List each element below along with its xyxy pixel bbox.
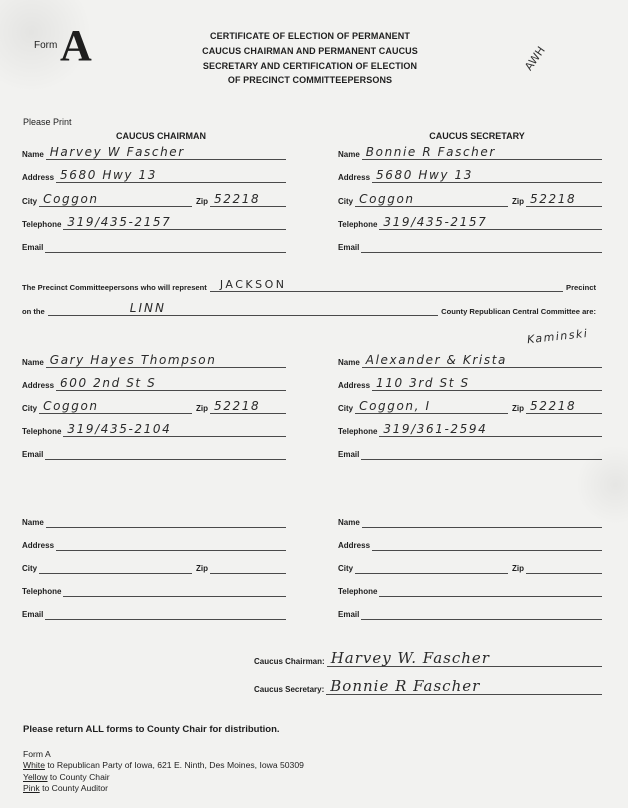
name-label: Name (338, 518, 360, 528)
telephone-label: Telephone (338, 220, 377, 230)
zip-label: Zip (512, 564, 524, 574)
chairman-zip-field[interactable]: Zip 52218 (196, 193, 286, 207)
committeeperson-4-city-zip-row: City Zip (338, 560, 602, 574)
zip-label: Zip (196, 197, 208, 207)
telephone-line: 319/435-2157 (63, 216, 286, 230)
committeeperson-4-city-field[interactable]: City (338, 560, 508, 574)
chairman-heading: CAUCUS CHAIRMAN (61, 131, 261, 141)
chairman-telephone-field[interactable]: Telephone 319/435-2157 (22, 216, 286, 230)
committeeperson-4-email-field[interactable]: Email (338, 606, 602, 620)
committeeperson-1-address-value: 600 2nd St S (60, 376, 156, 390)
document-title: CERTIFICATE OF ELECTION OF PERMANENT CAU… (180, 29, 440, 88)
committeeperson-3-telephone-field[interactable]: Telephone (22, 583, 286, 597)
address-line: 5680 Hwy 13 (372, 169, 602, 183)
committeeperson-2-name-note: Kaminski (526, 327, 588, 346)
committeeperson-1-zip-field[interactable]: Zip 52218 (196, 400, 286, 414)
precinct-suffix: Precinct (566, 283, 596, 292)
address-line: 110 3rd St S (372, 377, 602, 391)
secretary-address-value: 5680 Hwy 13 (376, 168, 473, 182)
committeeperson-2-name-value: Alexander & Krista (366, 353, 507, 367)
zip-label: Zip (512, 197, 524, 207)
committeeperson-4-name-field[interactable]: Name (338, 514, 602, 528)
secretary-email-field[interactable]: Email (338, 239, 602, 253)
email-line (361, 606, 602, 620)
copy-destination: to County Chair (48, 772, 110, 782)
zip-label: Zip (512, 404, 524, 414)
secretary-signature: Bonnie R Fascher (330, 677, 480, 695)
chairman-email-field[interactable]: Email (22, 239, 286, 253)
secretary-zip-value: 52218 (530, 192, 576, 206)
name-line (362, 514, 602, 528)
committeeperson-2-address-field[interactable]: Address 110 3rd St S (338, 377, 602, 391)
email-line (45, 606, 286, 620)
county-statement-line: on the LINN County Republican Central Co… (22, 302, 596, 316)
city-label: City (338, 197, 353, 207)
form-label: Form (34, 40, 57, 51)
city-line: Coggon (39, 400, 192, 414)
secretary-city-zip-row: City Coggon Zip 52218 (338, 193, 602, 207)
committeeperson-2-email-field[interactable]: Email (338, 446, 602, 460)
telephone-line: 319/361-2594 (379, 423, 602, 437)
telephone-line (63, 583, 286, 597)
email-line (361, 446, 602, 460)
zip-label: Zip (196, 564, 208, 574)
title-line: CAUCUS CHAIRMAN AND PERMANENT CAUCUS (180, 44, 440, 59)
committeeperson-2-zip-value: 52218 (530, 399, 576, 413)
copy-color: Pink (23, 783, 40, 793)
zip-line: 52218 (210, 400, 286, 414)
chairman-name-field[interactable]: Name Harvey W Fascher (22, 146, 286, 160)
committeeperson-4-address-field[interactable]: Address (338, 537, 602, 551)
city-line: Coggon (355, 193, 508, 207)
email-label: Email (22, 450, 43, 460)
form-reference: Form A (23, 749, 304, 760)
city-label: City (338, 564, 353, 574)
zip-line: 52218 (210, 193, 286, 207)
city-line: Coggon, I (355, 400, 508, 414)
name-label: Name (338, 150, 360, 160)
secretary-zip-field[interactable]: Zip 52218 (512, 193, 602, 207)
handwritten-initials: AWH (522, 44, 548, 73)
committeeperson-2-telephone-field[interactable]: Telephone 319/361-2594 (338, 423, 602, 437)
form-letter: A (60, 24, 92, 68)
city-line: Coggon (39, 193, 192, 207)
address-line: 5680 Hwy 13 (56, 169, 286, 183)
precinct-field[interactable]: JACKSON (210, 278, 563, 292)
title-line: CERTIFICATE OF ELECTION OF PERMANENT (180, 29, 440, 44)
email-label: Email (22, 610, 43, 620)
committeeperson-3-city-zip-row: City Zip (22, 560, 286, 574)
title-line: OF PRECINCT COMMITTEEPERSONS (180, 73, 440, 88)
copy-color: Yellow (23, 772, 48, 782)
committeeperson-1-telephone-field[interactable]: Telephone 319/435-2104 (22, 423, 286, 437)
chairman-address-value: 5680 Hwy 13 (60, 168, 157, 182)
city-line (355, 560, 508, 574)
committeeperson-3-name-field[interactable]: Name (22, 514, 286, 528)
title-line: SECRETARY AND CERTIFICATION OF ELECTION (180, 59, 440, 74)
address-label: Address (22, 381, 54, 391)
email-line (45, 446, 286, 460)
committeeperson-1-zip-value: 52218 (214, 399, 260, 413)
distribution-line-yellow: Yellow to County Chair (23, 772, 304, 783)
zip-line (526, 560, 602, 574)
chairman-city-value: Coggon (43, 192, 99, 206)
committeeperson-2-telephone-value: 319/361-2594 (383, 422, 487, 436)
committeeperson-1-telephone-value: 319/435-2104 (67, 422, 171, 436)
committeeperson-3-zip-field[interactable]: Zip (196, 560, 286, 574)
committeeperson-3-email-field[interactable]: Email (22, 606, 286, 620)
telephone-label: Telephone (338, 427, 377, 437)
committeeperson-2-city-value: Coggon, I (359, 399, 430, 413)
address-line (56, 537, 286, 551)
committeeperson-1-name-field[interactable]: Name Gary Hayes Thompson (22, 354, 286, 368)
address-line (372, 537, 602, 551)
chairman-signature-label: Caucus Chairman: (254, 657, 325, 667)
committeeperson-1-name-value: Gary Hayes Thompson (50, 353, 217, 367)
email-label: Email (22, 243, 43, 253)
secretary-telephone-field[interactable]: Telephone 319/435-2157 (338, 216, 602, 230)
city-label: City (22, 404, 37, 414)
address-line: 600 2nd St S (56, 377, 286, 391)
name-label: Name (22, 518, 44, 528)
address-label: Address (22, 541, 54, 551)
secretary-telephone-value: 319/435-2157 (383, 215, 487, 229)
county-value: LINN (130, 301, 166, 315)
precinct-statement-line: The Precinct Committeepersons who will r… (22, 278, 596, 292)
distribution-line-pink: Pink to County Auditor (23, 783, 304, 794)
committeeperson-2-city-zip-row: City Coggon, I Zip 52218 (338, 400, 602, 414)
city-label: City (22, 197, 37, 207)
precinct-value: JACKSON (220, 278, 287, 291)
committeeperson-4-zip-field[interactable]: Zip (512, 560, 602, 574)
committeeperson-1-city-value: Coggon (43, 399, 99, 413)
address-label: Address (22, 173, 54, 183)
chairman-city-zip-row: City Coggon Zip 52218 (22, 193, 286, 207)
secretary-city-value: Coggon (359, 192, 415, 206)
email-line (361, 239, 602, 253)
name-line: Bonnie R Fascher (362, 146, 602, 160)
return-instructions: Please return ALL forms to County Chair … (23, 724, 280, 735)
city-label: City (338, 404, 353, 414)
secretary-signature-field[interactable]: Caucus Secretary: Bonnie R Fascher (254, 681, 602, 695)
chairman-signature-line: Harvey W. Fascher (327, 653, 602, 667)
distribution-footer: Form A White to Republican Party of Iowa… (23, 749, 304, 795)
secretary-heading: CAUCUS SECRETARY (377, 131, 577, 141)
name-label: Name (22, 150, 44, 160)
telephone-line (379, 583, 602, 597)
committeeperson-3-city-field[interactable]: City (22, 560, 192, 574)
email-line (45, 239, 286, 253)
chairman-signature: Harvey W. Fascher (331, 649, 490, 667)
distribution-line-white: White to Republican Party of Iowa, 621 E… (23, 760, 304, 771)
chairman-signature-field[interactable]: Caucus Chairman: Harvey W. Fascher (254, 653, 602, 667)
telephone-label: Telephone (338, 587, 377, 597)
address-label: Address (338, 541, 370, 551)
name-line: Harvey W Fascher (46, 146, 286, 160)
chairman-telephone-value: 319/435-2157 (67, 215, 171, 229)
committeeperson-1-address-field[interactable]: Address 600 2nd St S (22, 377, 286, 391)
telephone-line: 319/435-2104 (63, 423, 286, 437)
copy-destination: to Republican Party of Iowa, 621 E. Nint… (45, 760, 304, 770)
committeeperson-1-city-field[interactable]: City Coggon (22, 400, 192, 414)
telephone-label: Telephone (22, 427, 61, 437)
telephone-label: Telephone (22, 220, 61, 230)
secretary-city-field[interactable]: City Coggon (338, 193, 508, 207)
committeeperson-2-address-value: 110 3rd St S (376, 376, 470, 390)
address-label: Address (338, 381, 370, 391)
chairman-address-field[interactable]: Address 5680 Hwy 13 (22, 169, 286, 183)
email-label: Email (338, 243, 359, 253)
secretary-signature-label: Caucus Secretary: (254, 685, 324, 695)
email-label: Email (338, 450, 359, 460)
secretary-name-field[interactable]: Name Bonnie R Fascher (338, 146, 602, 160)
zip-line: 52218 (526, 193, 602, 207)
secretary-signature-line: Bonnie R Fascher (326, 681, 602, 695)
telephone-line: 319/435-2157 (379, 216, 602, 230)
committeeperson-1-email-field[interactable]: Email (22, 446, 286, 460)
form-page: Form A CERTIFICATE OF ELECTION OF PERMAN… (0, 0, 628, 808)
county-suffix: County Republican Central Committee are: (441, 307, 596, 316)
email-label: Email (338, 610, 359, 620)
zip-line: 52218 (526, 400, 602, 414)
committeeperson-1-city-zip-row: City Coggon Zip 52218 (22, 400, 286, 414)
committeeperson-4-telephone-field[interactable]: Telephone (338, 583, 602, 597)
name-label: Name (22, 358, 44, 368)
committeeperson-2-city-field[interactable]: City Coggon, I (338, 400, 508, 414)
precinct-prefix: The Precinct Committeepersons who will r… (22, 283, 207, 292)
name-line: Gary Hayes Thompson (46, 354, 286, 368)
zip-line (210, 560, 286, 574)
copy-color: White (23, 760, 45, 770)
zip-label: Zip (196, 404, 208, 414)
secretary-name-value: Bonnie R Fascher (366, 145, 496, 159)
telephone-label: Telephone (22, 587, 61, 597)
on-the-label: on the (22, 307, 45, 316)
name-line (46, 514, 286, 528)
name-line: Alexander & Krista (362, 354, 602, 368)
please-print-note: Please Print (23, 117, 72, 127)
committeeperson-2-zip-field[interactable]: Zip 52218 (512, 400, 602, 414)
city-label: City (22, 564, 37, 574)
county-field[interactable]: LINN (48, 302, 438, 316)
address-label: Address (338, 173, 370, 183)
name-label: Name (338, 358, 360, 368)
secretary-address-field[interactable]: Address 5680 Hwy 13 (338, 169, 602, 183)
chairman-city-field[interactable]: City Coggon (22, 193, 192, 207)
chairman-zip-value: 52218 (214, 192, 260, 206)
committeeperson-2-name-field[interactable]: Name Alexander & Krista (338, 354, 602, 368)
chairman-name-value: Harvey W Fascher (50, 145, 185, 159)
copy-destination: to County Auditor (40, 783, 108, 793)
city-line (39, 560, 192, 574)
committeeperson-3-address-field[interactable]: Address (22, 537, 286, 551)
